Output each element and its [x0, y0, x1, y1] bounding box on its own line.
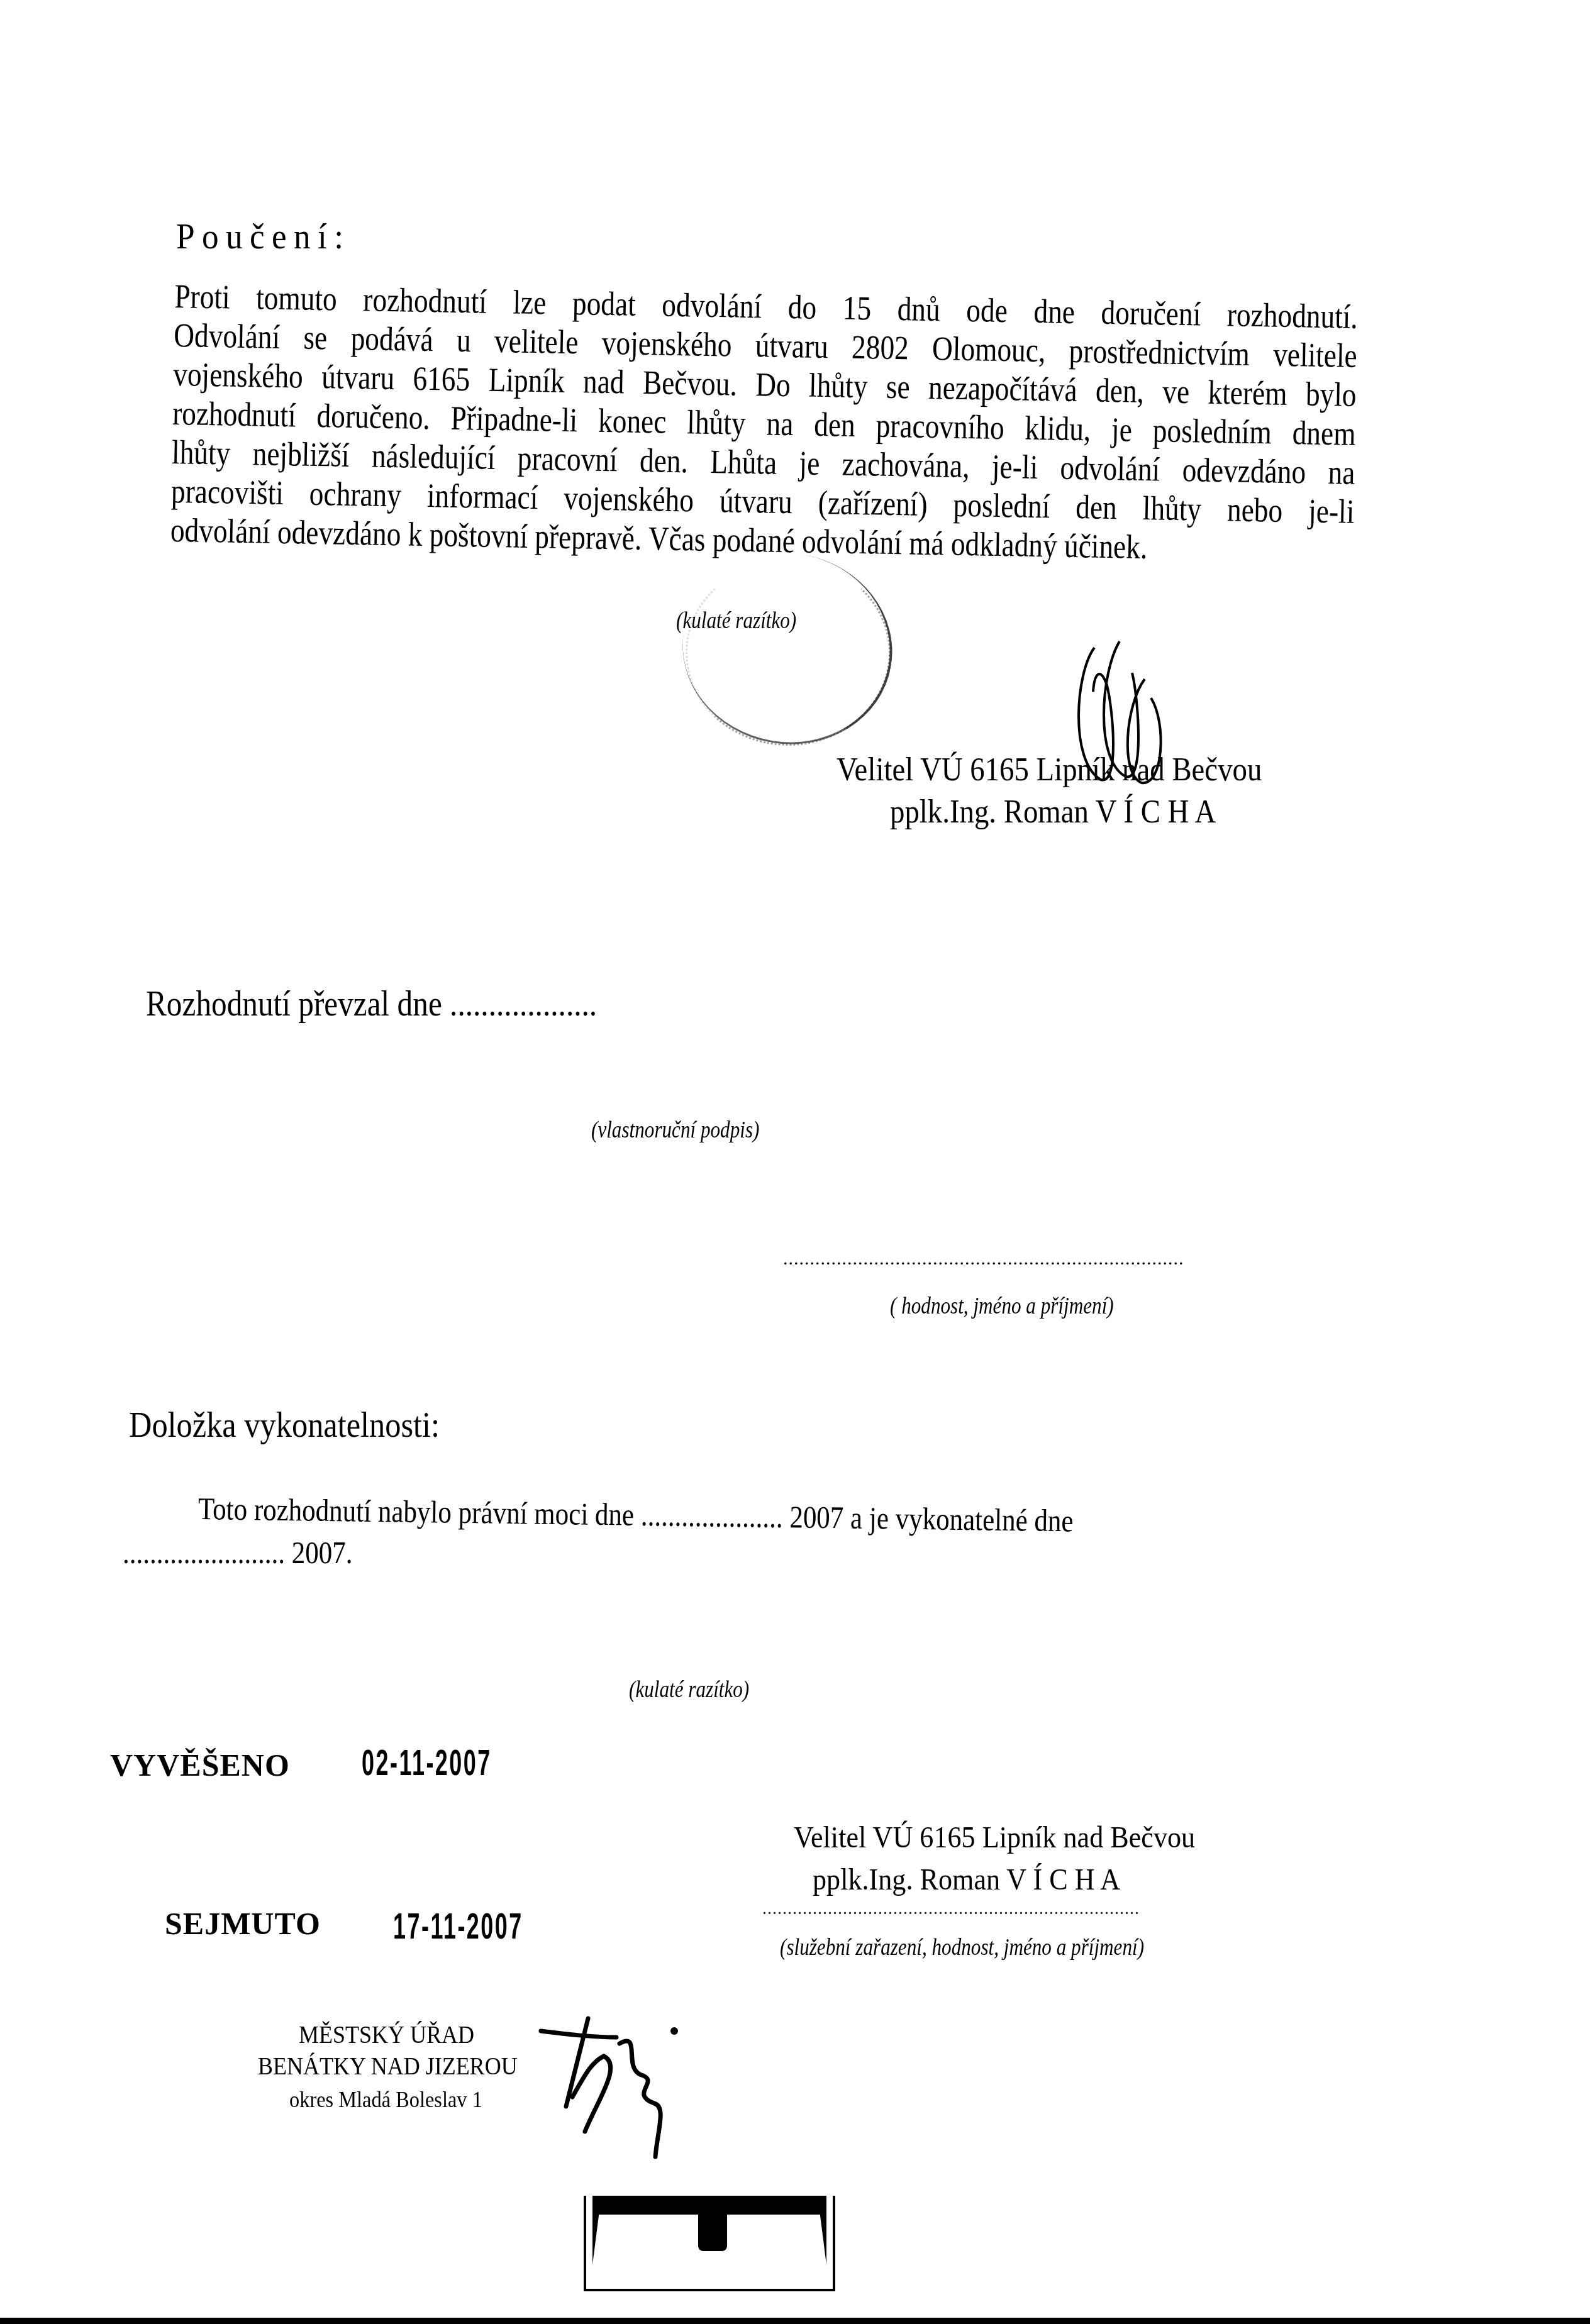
signatory-name: pplk.Ing. Roman V Í C H A [890, 794, 1216, 831]
round-stamp-arc-icon [667, 536, 908, 760]
instruction-paragraph: Proti tomuto rozhodnutí lze podat odvolá… [170, 277, 1357, 570]
removed-stamp-date: 17-11-2007 [393, 1905, 523, 1947]
instruction-heading: Poučení: [176, 217, 350, 257]
enforceability-text-line: ........................ 2007. [123, 1534, 353, 1571]
rank-name-dotted-line: ........................................… [783, 1248, 1184, 1270]
own-signature-note: (vlastnoruční podpis) [591, 1116, 759, 1144]
handwritten-signature-icon [440, 2006, 704, 2163]
rank-name-note: ( hodnost, jméno a příjmení) [890, 1292, 1114, 1320]
stamp-placeholder-note: (kulaté razítko) [676, 607, 796, 634]
signatory-name: pplk.Ing. Roman V Í C H A [813, 1862, 1120, 1897]
bottom-frame-tab [698, 2196, 727, 2251]
received-date-label: Rozhodnutí převzal dne .................… [146, 984, 597, 1024]
service-position-note: (služební zařazení, hodnost, jméno a pří… [780, 1934, 1144, 1961]
posted-stamp-date: 02-11-2007 [362, 1742, 492, 1784]
enforceability-heading: Doložka vykonatelnosti: [129, 1405, 440, 1446]
service-dotted-line: ........................................… [762, 1899, 1140, 1919]
enforceability-text-line: Toto rozhodnutí nabylo právní moci dne .… [198, 1490, 1074, 1539]
scan-edge-bar [0, 2318, 1590, 2324]
signatory-title: Velitel VÚ 6165 Lipník nad Bečvou [794, 1820, 1195, 1855]
posted-stamp-label: VYVĚŠENO [110, 1747, 290, 1783]
bottom-frame-left-wedge [592, 2196, 601, 2265]
removed-stamp-label: SEJMUTO [165, 1905, 321, 1942]
stamp-placeholder-note: (kulaté razítko) [629, 1676, 749, 1703]
signatory-title: Velitel VÚ 6165 Lipník nad Bečvou [837, 751, 1262, 788]
bottom-frame-right-wedge [818, 2196, 826, 2265]
